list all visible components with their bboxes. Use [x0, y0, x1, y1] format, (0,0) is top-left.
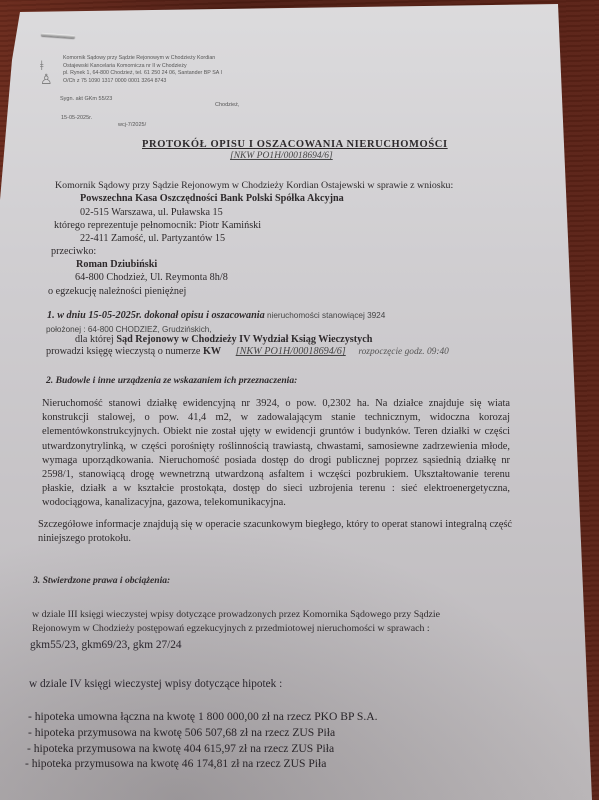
- intro-line: Komornik Sądowy przy Sądzie Rejonowym w …: [55, 180, 453, 192]
- mortgage-item: - hipoteka przymusowa na kwotę 46 174,81…: [25, 757, 326, 771]
- sub-reference: wcj-7/2025/: [118, 122, 146, 128]
- mortgages-intro: w dziale IV księgi wieczystej wpisy doty…: [29, 677, 282, 691]
- case-numbers: gkm55/23, gkm69/23, gkm 27/24: [30, 638, 182, 652]
- place: Chodzież,: [215, 102, 239, 108]
- section3-line2: Rejonowym w Chodzieży postępowań egzekuc…: [32, 623, 430, 635]
- office-header: Komornik Sądowy przy Sądzie Rejonowym w …: [63, 55, 222, 85]
- creditor-address: 02-515 Warszawa, ul. Puławska 15: [80, 207, 223, 219]
- debtor-name: Roman Dziubiński: [76, 259, 157, 271]
- kw-line: prowadzi księgę wieczystą o numerze KW […: [46, 346, 449, 358]
- section1-lead: 1. w dniu 15-05-2025r. dokonał opisu i o…: [47, 310, 385, 322]
- case-signature: Sygn. akt GKm 55/23: [60, 96, 112, 102]
- representative-address: 22-411 Zamość, ul. Partyzantów 15: [80, 233, 225, 245]
- property-description: Nieruchomość stanowi działkę ewidencyjną…: [42, 397, 510, 511]
- mortgage-item: - hipoteka umowna łączna na kwotę 1 800 …: [28, 710, 378, 724]
- document-page: ǂ♙ Komornik Sądowy przy Sądzie Rejonowym…: [0, 0, 599, 800]
- start-time: rozpoczęcie godz. 09:40: [358, 347, 449, 357]
- mortgage-item: - hipoteka przymusowa na kwotę 506 507,6…: [28, 726, 335, 740]
- court-line: dla której Sąd Rejonowy w Chodzieży IV W…: [75, 334, 372, 346]
- office-line: Komornik Sądowy przy Sądzie Rejonowym w …: [63, 55, 222, 63]
- section1-lead-bold: 1. w dniu 15-05-2025r. dokonał opisu i o…: [47, 310, 265, 321]
- kw-number-title: [NKW PO1H/00018694/6]: [230, 151, 333, 161]
- against-label: przeciwko:: [51, 246, 96, 258]
- court-name: Sąd Rejonowy w Chodzieży IV Wydział Ksią…: [116, 334, 372, 345]
- representative: którego reprezentuje pełnomocnik: Piotr …: [54, 220, 261, 232]
- details-note: Szczegółowe informacje znajdują się w op…: [38, 518, 512, 546]
- date: 15-05-2025r.: [61, 115, 92, 121]
- creditor-name: Powszechna Kasa Oszczędności Bank Polski…: [80, 193, 344, 205]
- office-line: Ostajewski Kancelaria Komornicza nr II w…: [63, 63, 222, 71]
- section3-line1: w dziale III księgi wieczystej wpisy dot…: [32, 609, 440, 621]
- enforcement-subject: o egzekucję należności pieniężnej: [48, 286, 186, 298]
- debtor-address: 64-800 Chodzież, Ul. Reymonta 8h/8: [75, 272, 228, 284]
- office-line: O/Ch z 75 1090 1317 0000 0001 3264 8743: [63, 78, 222, 86]
- court-prefix: dla której: [75, 334, 116, 345]
- office-logo-icon: ǂ♙: [40, 60, 54, 90]
- section3-heading: 3. Stwierdzone prawa i obciążenia:: [33, 575, 170, 587]
- kw-number: [NKW PO1H/00018694/6]: [236, 346, 346, 357]
- section2-heading: 2. Budowle i inne urządzenia ze wskazani…: [46, 375, 297, 387]
- staple: [41, 33, 75, 38]
- mortgage-item: - hipoteka przymusowa na kwotę 404 615,9…: [27, 742, 334, 756]
- section1-lead-rest: nieruchomości stanowiącej 3924: [265, 311, 386, 320]
- office-line: pl. Rynek 1, 64-800 Chodzież, tel. 61 25…: [63, 70, 222, 78]
- kw-label: KW: [203, 346, 221, 357]
- kw-prefix: prowadzi księgę wieczystą o numerze: [46, 346, 203, 357]
- document-title: PROTOKÓŁ OPISU I OSZACOWANIA NIERUCHOMOŚ…: [142, 139, 448, 150]
